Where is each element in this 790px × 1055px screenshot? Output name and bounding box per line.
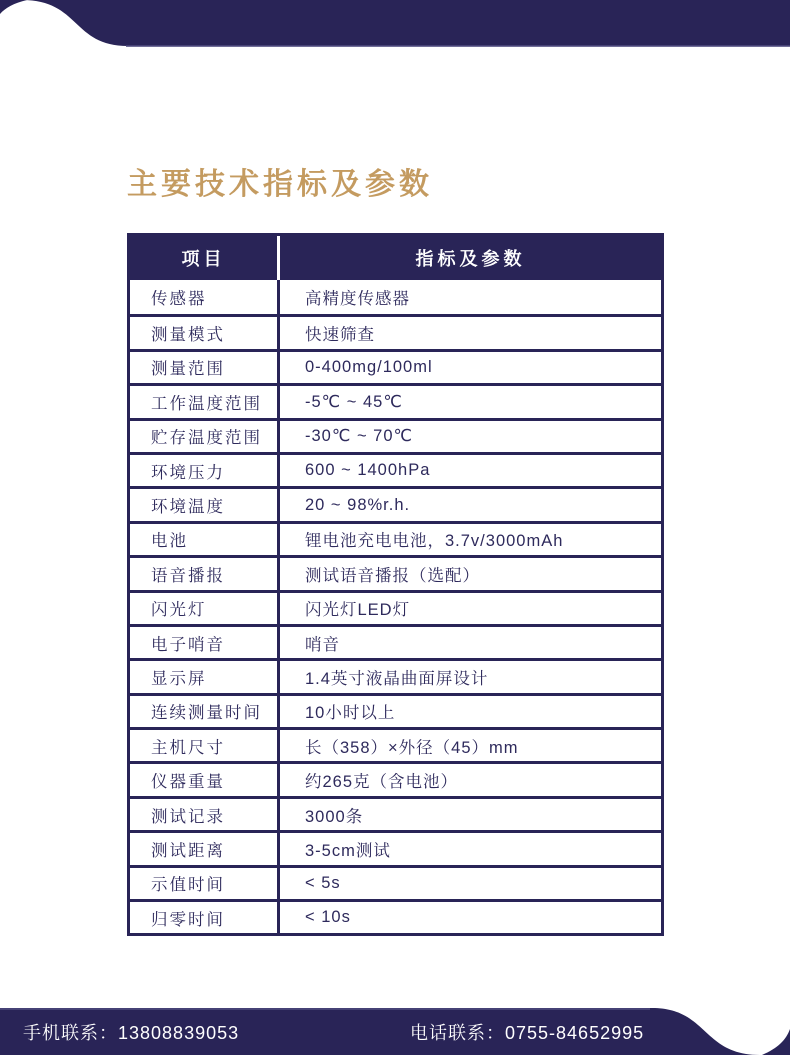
spec-item-label: 显示屏 — [130, 661, 280, 692]
spec-table-body: 传感器高精度传感器测量模式快速筛查测量范围0-400mg/100ml工作温度范围… — [130, 280, 661, 933]
spec-item-label: 传感器 — [130, 280, 280, 314]
spec-item-label: 主机尺寸 — [130, 730, 280, 761]
footer: 手机联系：13808839053 电话联系：0755-84652995 — [0, 1008, 790, 1055]
spec-item-label: 语音播报 — [130, 558, 280, 589]
spec-item-label: 工作温度范围 — [130, 386, 280, 417]
table-row: 测试距离3-5cm测试 — [130, 830, 661, 864]
table-row: 语音播报测试语音播报（选配） — [130, 555, 661, 589]
spec-item-value: 哨音 — [280, 627, 661, 658]
spec-item-label: 测试记录 — [130, 799, 280, 830]
spec-item-label: 归零时间 — [130, 902, 280, 933]
spec-item-value: 快速筛查 — [280, 317, 661, 348]
table-row: 测量模式快速筛查 — [130, 314, 661, 348]
spec-item-label: 电子哨音 — [130, 627, 280, 658]
spec-item-label: 测试距离 — [130, 833, 280, 864]
table-row: 示值时间< 5s — [130, 865, 661, 899]
spec-item-value: 测试语音播报（选配） — [280, 558, 661, 589]
spec-item-label: 仪器重量 — [130, 764, 280, 795]
table-header-item: 项目 — [130, 236, 280, 280]
spec-table: 项目 指标及参数 传感器高精度传感器测量模式快速筛查测量范围0-400mg/10… — [127, 233, 664, 936]
spec-item-label: 示值时间 — [130, 868, 280, 899]
spec-item-value: 高精度传感器 — [280, 280, 661, 314]
spec-table-header: 项目 指标及参数 — [130, 236, 661, 280]
footer-phone-contact: 电话联系：0755-84652995 — [410, 1019, 644, 1045]
table-row: 测试记录3000条 — [130, 796, 661, 830]
spec-item-value: < 5s — [280, 868, 661, 899]
spec-item-label: 环境温度 — [130, 489, 280, 520]
spec-item-label: 测量范围 — [130, 352, 280, 383]
table-row: 环境温度20 ~ 98%r.h. — [130, 486, 661, 520]
table-row: 显示屏1.4英寸液晶曲面屏设计 — [130, 658, 661, 692]
footer-mobile-label: 手机联系： — [23, 1023, 118, 1043]
top-left-corner-wedge — [0, 0, 27, 14]
table-row: 连续测量时间10小时以上 — [130, 693, 661, 727]
table-row: 主机尺寸长（358）×外径（45）mm — [130, 727, 661, 761]
spec-item-value: 10小时以上 — [280, 696, 661, 727]
spec-item-label: 电池 — [130, 524, 280, 555]
footer-phone-number: 0755-84652995 — [505, 1023, 644, 1043]
spec-item-label: 贮存温度范围 — [130, 421, 280, 452]
spec-item-value: 1.4英寸液晶曲面屏设计 — [280, 661, 661, 692]
spec-item-value: 长（358）×外径（45）mm — [280, 730, 661, 761]
spec-item-label: 闪光灯 — [130, 593, 280, 624]
table-row: 仪器重量约265克（含电池） — [130, 761, 661, 795]
spec-item-value: 约265克（含电池） — [280, 764, 661, 795]
spec-sheet-page: 主要技术指标及参数 项目 指标及参数 传感器高精度传感器测量模式快速筛查测量范围… — [0, 0, 790, 1055]
spec-item-value: 20 ~ 98%r.h. — [280, 489, 661, 520]
spec-item-value: 3-5cm测试 — [280, 833, 661, 864]
spec-item-value: 3000条 — [280, 799, 661, 830]
spec-item-label: 连续测量时间 — [130, 696, 280, 727]
table-row: 贮存温度范围-30℃ ~ 70℃ — [130, 418, 661, 452]
footer-phone-label: 电话联系： — [410, 1023, 505, 1043]
spec-item-value: 600 ~ 1400hPa — [280, 455, 661, 486]
table-row: 电池锂电池充电电池，3.7v/3000mAh — [130, 521, 661, 555]
spec-item-label: 环境压力 — [130, 455, 280, 486]
table-row: 闪光灯闪光灯LED灯 — [130, 590, 661, 624]
table-header-params: 指标及参数 — [280, 236, 661, 280]
table-row: 电子哨音哨音 — [130, 624, 661, 658]
table-row: 传感器高精度传感器 — [130, 280, 661, 314]
footer-mobile-number: 13808839053 — [118, 1023, 239, 1043]
footer-mobile-contact: 手机联系：13808839053 — [23, 1019, 239, 1045]
header-band-decoration — [0, 0, 790, 70]
spec-item-label: 测量模式 — [130, 317, 280, 348]
table-row: 环境压力600 ~ 1400hPa — [130, 452, 661, 486]
spec-item-value: 闪光灯LED灯 — [280, 593, 661, 624]
spec-item-value: < 10s — [280, 902, 661, 933]
page-title: 主要技术指标及参数 — [127, 168, 433, 201]
table-row: 测量范围0-400mg/100ml — [130, 349, 661, 383]
spec-item-value: -30℃ ~ 70℃ — [280, 421, 661, 452]
spec-item-value: 0-400mg/100ml — [280, 352, 661, 383]
table-row: 工作温度范围-5℃ ~ 45℃ — [130, 383, 661, 417]
spec-item-value: 锂电池充电电池，3.7v/3000mAh — [280, 524, 661, 555]
header-band-underline — [126, 45, 790, 47]
spec-item-value: -5℃ ~ 45℃ — [280, 386, 661, 417]
table-row: 归零时间< 10s — [130, 899, 661, 933]
